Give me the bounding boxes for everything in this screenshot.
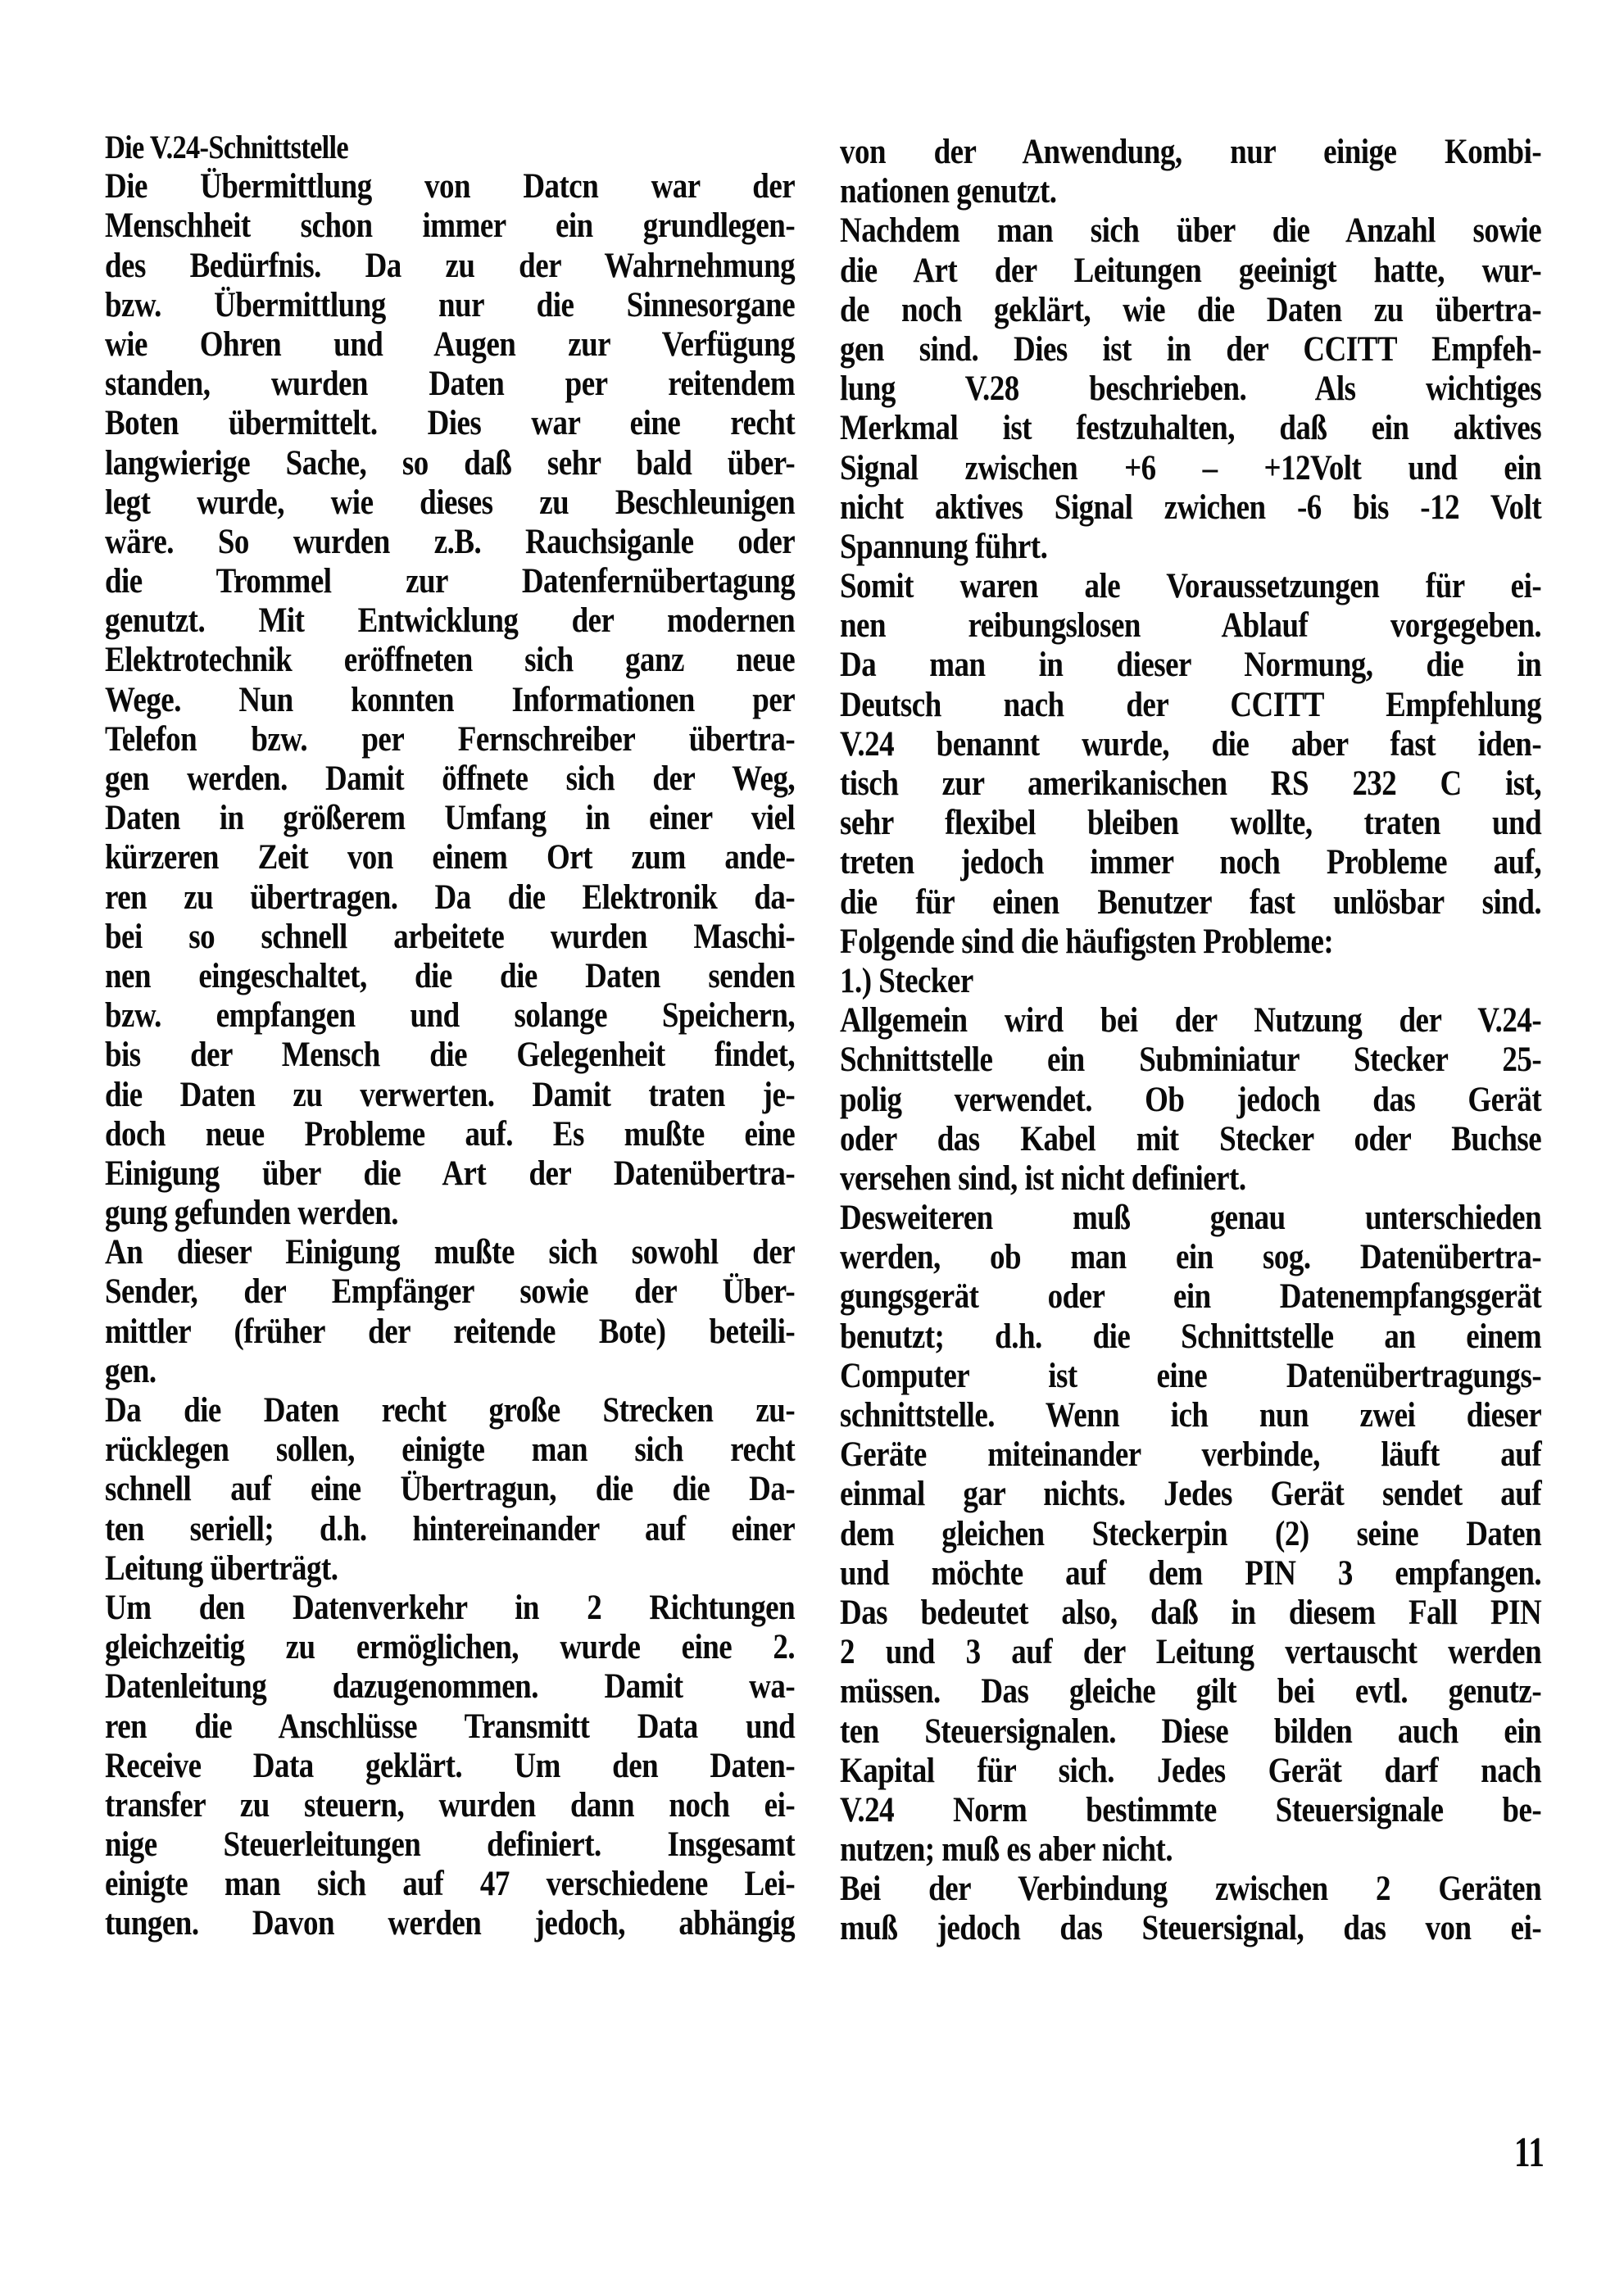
text-line: Boten übermittelt. Dies war eine recht bbox=[105, 404, 795, 443]
text-line: werden, ob man ein sog. Datenübertra- bbox=[840, 1238, 1541, 1277]
text-line: Elektrotechnik eröffneten sich ganz neue bbox=[105, 641, 795, 680]
text-line: Geräte miteinander verbinde, läuft auf bbox=[840, 1435, 1541, 1475]
text-line: gen. bbox=[105, 1352, 795, 1391]
text-line: von der Anwendung, nur einige Kombi- bbox=[840, 133, 1541, 172]
text-line: Deutsch nach der CCITT Empfehlung bbox=[840, 686, 1541, 725]
text-line: langwierige Sache, so daß sehr bald über… bbox=[105, 444, 795, 483]
text-line: nutzen; muß es aber nicht. bbox=[840, 1830, 1541, 1870]
text-line: nationen genutzt. bbox=[840, 172, 1541, 211]
text-line: schnell auf eine Übertragun, die die Da- bbox=[105, 1470, 795, 1509]
text-line: Somit waren ale Voraussetzungen für ei- bbox=[840, 567, 1541, 606]
text-line: benutzt; d.h. die Schnittstelle an einem bbox=[840, 1317, 1541, 1357]
text-line: bei so schnell arbeitete wurden Maschi- bbox=[105, 918, 795, 957]
text-line: wäre. So wurden z.B. Rauchsiganle oder bbox=[105, 523, 795, 562]
text-line: Folgende sind die häufigsten Probleme: bbox=[840, 923, 1541, 962]
text-line: gungsgerät oder ein Datenempfangsgerät bbox=[840, 1277, 1541, 1317]
text-line: ren die Anschlüsse Transmitt Data und bbox=[105, 1707, 795, 1747]
right-column-text: von der Anwendung, nur einige Kombi-nati… bbox=[840, 133, 1541, 1949]
text-line: sehr flexibel bleiben wollte, traten und bbox=[840, 804, 1541, 843]
text-line: Um den Datenverkehr in 2 Richtungen bbox=[105, 1589, 795, 1628]
text-line: Die Übermittlung von Datcn war der bbox=[105, 167, 795, 206]
text-line: wie Ohren und Augen zur Verfügung bbox=[105, 325, 795, 365]
text-line: gung gefunden werden. bbox=[105, 1194, 795, 1233]
text-line: die Daten zu verwerten. Damit traten je- bbox=[105, 1076, 795, 1115]
text-line: die Trommel zur Datenfernübertagung bbox=[105, 562, 795, 601]
text-line: Computer ist eine Datenübertragungs- bbox=[840, 1357, 1541, 1396]
text-line: Schnittstelle ein Subminiatur Stecker 25… bbox=[840, 1040, 1541, 1080]
text-line: V.24 benannt wurde, die aber fast iden- bbox=[840, 725, 1541, 764]
text-line: standen, wurden Daten per reitendem bbox=[105, 365, 795, 404]
text-line: Kapital für sich. Jedes Gerät darf nach bbox=[840, 1752, 1541, 1791]
text-line: genutzt. Mit Entwicklung der modernen bbox=[105, 601, 795, 641]
text-line: Telefon bzw. per Fernschreiber übertra- bbox=[105, 720, 795, 759]
text-line: mittler (früher der reitende Bote) betei… bbox=[105, 1312, 795, 1352]
left-column: Die V.24-Schnittstelle Die Übermittlung … bbox=[105, 128, 795, 1944]
text-line: Daten in größerem Umfang in einer viel bbox=[105, 799, 795, 838]
text-line: de noch geklärt, wie die Daten zu übertr… bbox=[840, 291, 1541, 330]
text-line: transfer zu steuern, wurden dann noch ei… bbox=[105, 1786, 795, 1825]
text-line: ten Steuersignalen. Diese bilden auch ei… bbox=[840, 1712, 1541, 1752]
text-line: ren zu übertragen. Da die Elektronik da- bbox=[105, 878, 795, 918]
text-line: Menschheit schon immer ein grundlegen- bbox=[105, 206, 795, 246]
text-line: bis der Mensch die Gelegenheit findet, bbox=[105, 1036, 795, 1075]
text-line: nen eingeschaltet, die die Daten senden bbox=[105, 957, 795, 996]
text-line: doch neue Probleme auf. Es mußte eine bbox=[105, 1115, 795, 1154]
text-line: einigte man sich auf 47 verschiedene Lei… bbox=[105, 1865, 795, 1904]
text-line: 2 und 3 auf der Leitung vertauscht werde… bbox=[840, 1633, 1541, 1672]
text-line: dem gleichen Steckerpin (2) seine Daten bbox=[840, 1515, 1541, 1554]
text-line: Wege. Nun konnten Informationen per bbox=[105, 681, 795, 720]
text-line: bzw. Übermittlung nur die Sinnesorgane bbox=[105, 286, 795, 325]
text-line: Einigung über die Art der Datenübertra- bbox=[105, 1154, 795, 1194]
document-page: Die V.24-Schnittstelle Die Übermittlung … bbox=[0, 0, 1624, 2294]
text-line: Nachdem man sich über die Anzahl sowie bbox=[840, 211, 1541, 251]
text-line: Merkmal ist festzuhalten, daß ein aktive… bbox=[840, 409, 1541, 448]
text-line: An dieser Einigung mußte sich sowohl der bbox=[105, 1233, 795, 1272]
text-line: Bei der Verbindung zwischen 2 Geräten bbox=[840, 1870, 1541, 1909]
text-line: müssen. Das gleiche gilt bei evtl. genut… bbox=[840, 1672, 1541, 1711]
text-line: Das bedeutet also, daß in diesem Fall PI… bbox=[840, 1594, 1541, 1633]
text-line: V.24 Norm bestimmte Steuersignale be- bbox=[840, 1791, 1541, 1830]
text-line: Leitung überträgt. bbox=[105, 1549, 795, 1589]
text-line: rücklegen sollen, einigte man sich recht bbox=[105, 1430, 795, 1470]
text-line: gen werden. Damit öffnete sich der Weg, bbox=[105, 759, 795, 799]
text-line: die Art der Leitungen geeinigt hatte, wu… bbox=[840, 252, 1541, 291]
text-line: Signal zwischen +6 – +12Volt und ein bbox=[840, 449, 1541, 488]
text-line: gen sind. Dies ist in der CCITT Empfeh- bbox=[840, 330, 1541, 369]
text-line: nen reibungslosen Ablauf vorgegeben. bbox=[840, 606, 1541, 646]
text-line: die für einen Benutzer fast unlösbar sin… bbox=[840, 883, 1541, 923]
text-line: lung V.28 beschrieben. Als wichtiges bbox=[840, 369, 1541, 409]
text-line: polig verwendet. Ob jedoch das Gerät bbox=[840, 1081, 1541, 1120]
text-line: ten seriell; d.h. hintereinander auf ein… bbox=[105, 1510, 795, 1549]
text-line: versehen sind, ist nicht definiert. bbox=[840, 1159, 1541, 1199]
text-line: tungen. Davon werden jedoch, abhängig bbox=[105, 1904, 795, 1943]
text-line: nicht aktives Signal zwichen -6 bis -12 … bbox=[840, 488, 1541, 528]
text-line: Desweiteren muß genau unterschieden bbox=[840, 1199, 1541, 1238]
text-line: schnittstelle. Wenn ich nun zwei dieser bbox=[840, 1396, 1541, 1435]
section-heading: Die V.24-Schnittstelle bbox=[105, 128, 795, 167]
text-line: treten jedoch immer noch Probleme auf, bbox=[840, 843, 1541, 882]
text-line: Receive Data geklärt. Um den Daten- bbox=[105, 1747, 795, 1786]
text-line: kürzeren Zeit von einem Ort zum ande- bbox=[105, 838, 795, 877]
text-line: Datenleitung dazugenommen. Damit wa- bbox=[105, 1667, 795, 1707]
text-line: muß jedoch das Steuersignal, das von ei- bbox=[840, 1909, 1541, 1948]
right-column: von der Anwendung, nur einige Kombi-nati… bbox=[840, 133, 1541, 1949]
text-line: nige Steuerleitungen definiert. Insgesam… bbox=[105, 1825, 795, 1865]
text-line: Spannung führt. bbox=[840, 528, 1541, 567]
text-line: Da man in dieser Normung, die in bbox=[840, 646, 1541, 685]
text-line: Sender, der Empfänger sowie der Über- bbox=[105, 1272, 795, 1312]
text-line: und möchte auf dem PIN 3 empfangen. bbox=[840, 1554, 1541, 1594]
page-number: 11 bbox=[1514, 2129, 1545, 2177]
text-line: legt wurde, wie dieses zu Beschleunigen bbox=[105, 483, 795, 523]
text-line: bzw. empfangen und solange Speichern, bbox=[105, 996, 795, 1036]
text-line: einmal gar nichts. Jedes Gerät sendet au… bbox=[840, 1475, 1541, 1514]
text-line: oder das Kabel mit Stecker oder Buchse bbox=[840, 1120, 1541, 1159]
text-line: Da die Daten recht große Strecken zu- bbox=[105, 1391, 795, 1430]
left-column-text: Die Übermittlung von Datcn war derMensch… bbox=[105, 167, 795, 1943]
text-line: tisch zur amerikanischen RS 232 C ist, bbox=[840, 764, 1541, 804]
text-line: 1.) Stecker bbox=[840, 962, 1541, 1001]
text-line: des Bedürfnis. Da zu der Wahrnehmung bbox=[105, 247, 795, 286]
text-line: gleichzeitig zu ermöglichen, wurde eine … bbox=[105, 1628, 795, 1667]
text-line: Allgemein wird bei der Nutzung der V.24- bbox=[840, 1001, 1541, 1040]
